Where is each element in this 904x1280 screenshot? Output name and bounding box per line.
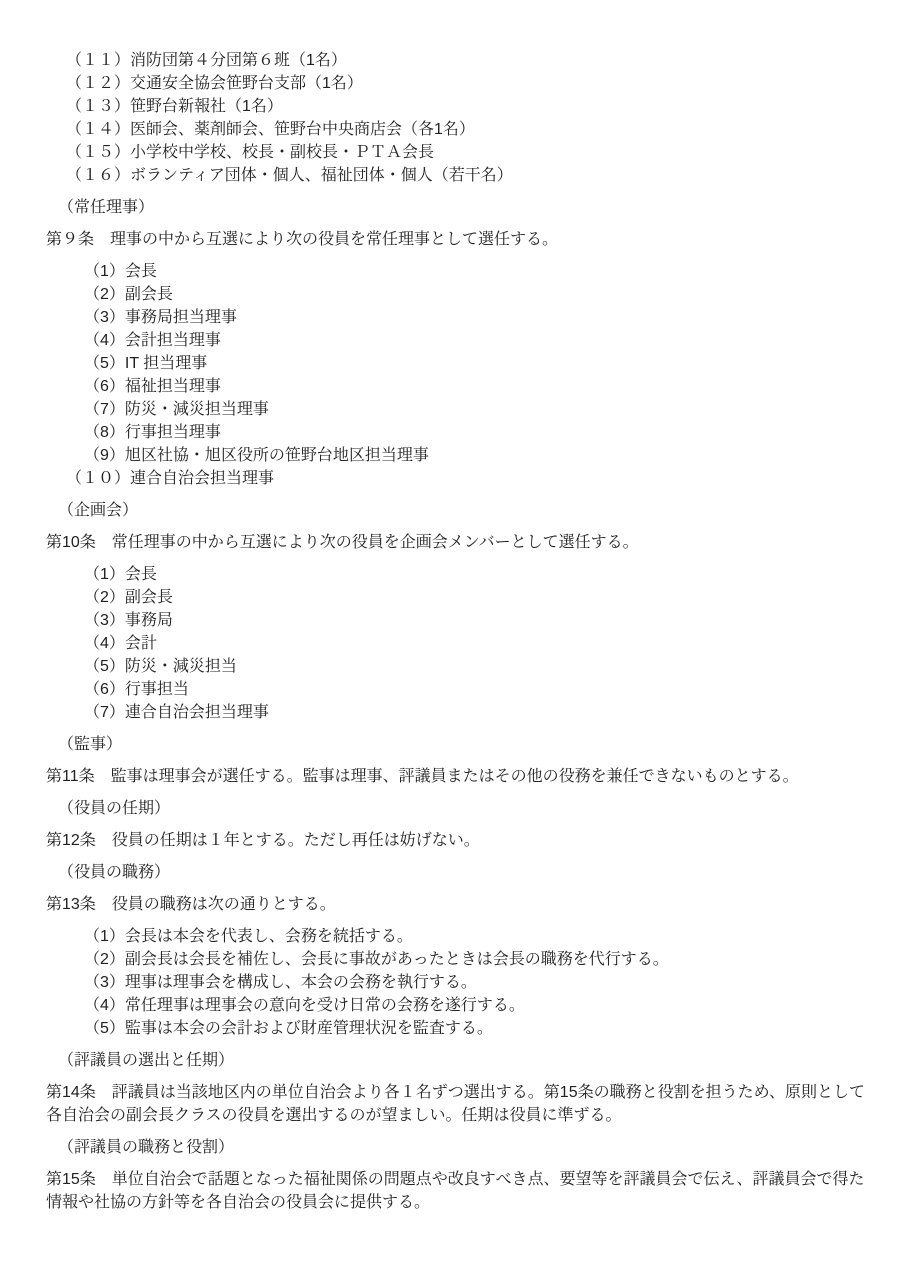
list-item: （１０）連合自治会担当理事	[46, 467, 876, 490]
list-item: （１３）笹野台新報社（1名）	[46, 95, 876, 118]
list-item: （１５）小学校中学校、校長・副校長・ＰＴＡ会長	[46, 141, 876, 164]
article-paragraph: 第９条 理事の中から互選により次の役員を常任理事として選任する。	[46, 228, 876, 251]
sub-list-item: （6）行事担当	[46, 678, 876, 701]
document-body: （１１）消防団第４分団第６班（1名）（１２）交通安全協会笹野台支部（1名）（１３…	[0, 0, 904, 1214]
article-paragraph: 第12条 役員の任期は１年とする。ただし再任は妨げない。	[46, 829, 876, 852]
sub-list-item: （3）事務局	[46, 609, 876, 632]
sub-list-item: （4）常任理事は理事会の意向を受け日常の会務を遂行する。	[46, 994, 876, 1017]
sub-list-item: （3）事務局担当理事	[46, 306, 876, 329]
article-paragraph: 第10条 常任理事の中から互選により次の役員を企画会メンバーとして選任する。	[46, 531, 876, 554]
section-label: （監事）	[46, 733, 876, 756]
sub-list-item: （5）監事は本会の会計および財産管理状況を監査する。	[46, 1017, 876, 1040]
section-label: （評議員の選出と任期）	[46, 1049, 876, 1072]
section-label: （常任理事）	[46, 196, 876, 219]
article-paragraph: 第14条 評議員は当該地区内の単位自治会より各１名ずつ選出する。第15条の職務と…	[46, 1081, 876, 1127]
list-item: （１６）ボランティア団体・個人、福祉団体・個人（若干名）	[46, 164, 876, 187]
sub-list-item: （1）会長	[46, 260, 876, 283]
sub-list-item: （1）会長	[46, 563, 876, 586]
sub-list-item: （1）会長は本会を代表し、会務を統括する。	[46, 925, 876, 948]
section-label: （企画会）	[46, 499, 876, 522]
sub-list-item: （4）会計担当理事	[46, 329, 876, 352]
article-paragraph: 第15条 単位自治会で話題となった福祉関係の問題点や改良すべき点、要望等を評議員…	[46, 1168, 876, 1214]
sub-list-item: （7）防災・減災担当理事	[46, 398, 876, 421]
sub-list-item: （7）連合自治会担当理事	[46, 701, 876, 724]
sub-list-item: （5）IT 担当理事	[46, 352, 876, 375]
sub-list-item: （6）福祉担当理事	[46, 375, 876, 398]
sub-list-item: （9）旭区社協・旭区役所の笹野台地区担当理事	[46, 444, 876, 467]
sub-list-item: （8）行事担当理事	[46, 421, 876, 444]
section-label: （役員の任期）	[46, 797, 876, 820]
section-label: （役員の職務）	[46, 861, 876, 884]
sub-list-item: （2）副会長	[46, 283, 876, 306]
document-page: （１１）消防団第４分団第６班（1名）（１２）交通安全協会笹野台支部（1名）（１３…	[0, 0, 904, 1280]
list-item: （１４）医師会、薬剤師会、笹野台中央商店会（各1名）	[46, 118, 876, 141]
article-paragraph: 第11条 監事は理事会が選任する。監事は理事、評議員またはその他の役務を兼任でき…	[46, 765, 876, 788]
section-label: （評議員の職務と役割）	[46, 1136, 876, 1159]
article-paragraph: 第13条 役員の職務は次の通りとする。	[46, 893, 876, 916]
sub-list-item: （5）防災・減災担当	[46, 655, 876, 678]
list-item: （１１）消防団第４分団第６班（1名）	[46, 49, 876, 72]
sub-list-item: （2）副会長	[46, 586, 876, 609]
list-item: （１２）交通安全協会笹野台支部（1名）	[46, 72, 876, 95]
sub-list-item: （4）会計	[46, 632, 876, 655]
sub-list-item: （2）副会長は会長を補佐し、会長に事故があったときは会長の職務を代行する。	[46, 948, 876, 971]
sub-list-item: （3）理事は理事会を構成し、本会の会務を執行する。	[46, 971, 876, 994]
